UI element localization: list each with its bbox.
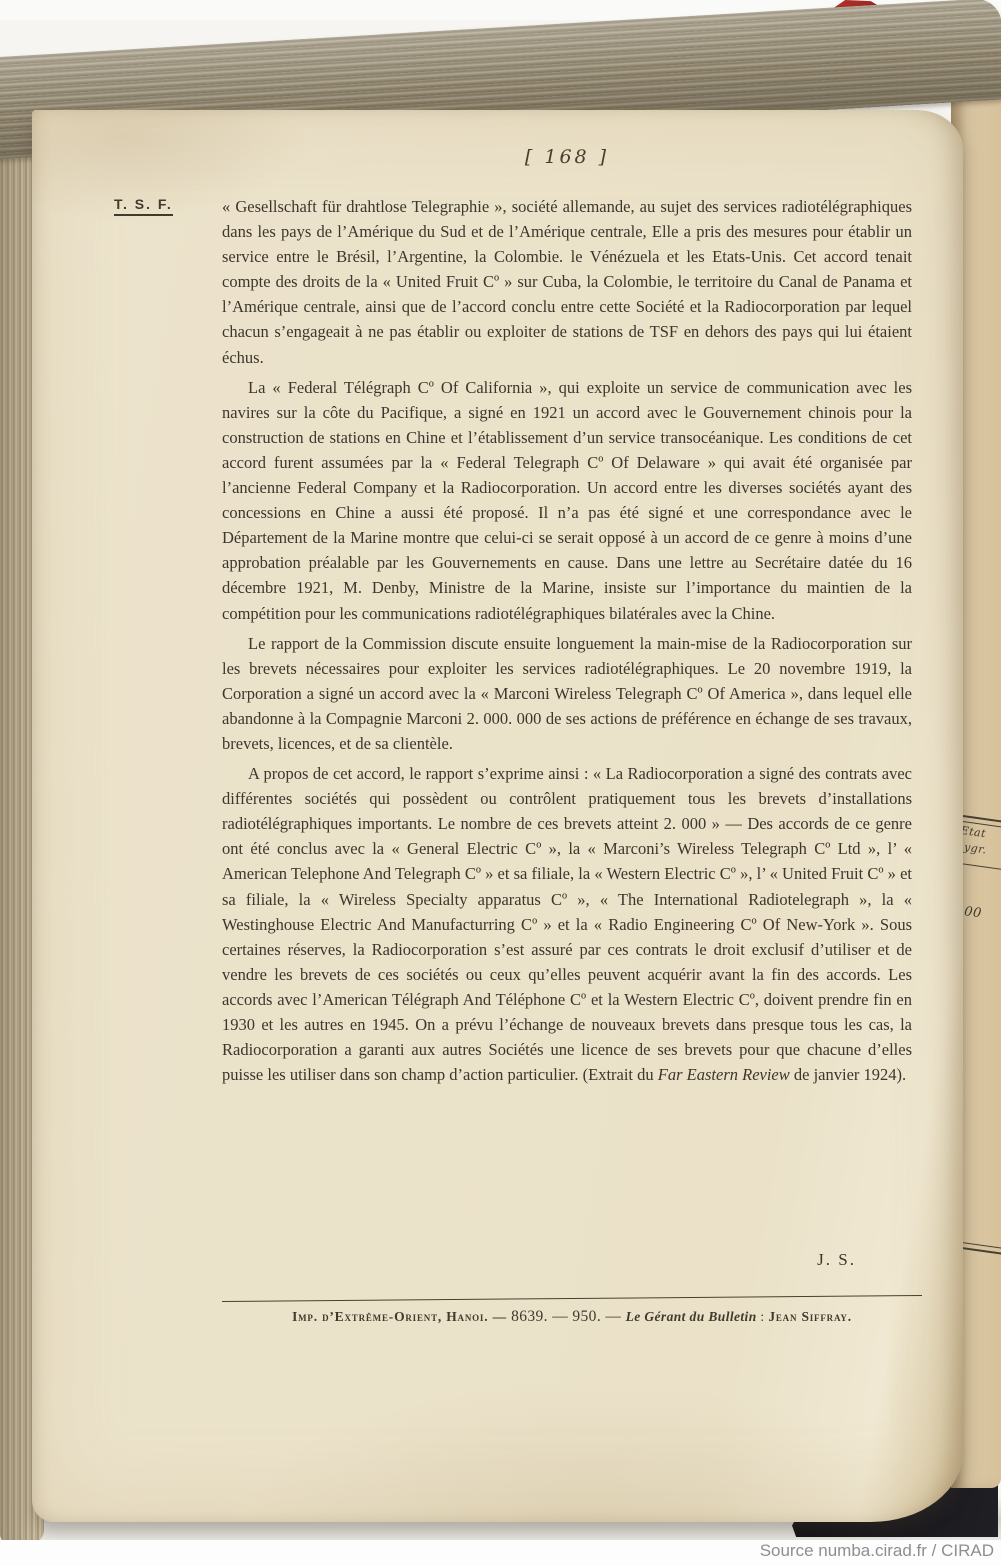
paragraph-4-journal-title: Far Eastern Review bbox=[658, 1065, 790, 1084]
paragraph-4: A propos de cet accord, le rapport s’exp… bbox=[222, 761, 912, 1087]
book-scan: Etat hygr. 100 50 0 CO [ 168 ] T. S. F. … bbox=[0, 0, 1001, 1566]
text-column: « Gesellschaft für drahtlose Telegraphie… bbox=[222, 194, 912, 1092]
paragraph-1: « Gesellschaft für drahtlose Telegraphie… bbox=[222, 194, 912, 370]
author-initials: J. S. bbox=[222, 1250, 912, 1270]
paragraph-3: Le rapport de la Commission discute ensu… bbox=[222, 631, 912, 756]
imprint-numbers: 8639. — 950. — bbox=[511, 1308, 626, 1325]
imprint-line: Imp. d’Extrême-Orient, Hanoi. — 8639. — … bbox=[222, 1308, 922, 1326]
chart-header-label: Etat bbox=[960, 824, 987, 840]
paragraph-4-text-end: de janvier 1924). bbox=[790, 1065, 906, 1084]
imprint-separator: : bbox=[757, 1309, 769, 1324]
paragraph-2: La « Federal Télégraph Cº Of California … bbox=[222, 375, 912, 626]
source-watermark: Source numba.cirad.fr / CIRAD bbox=[760, 1541, 994, 1561]
paragraph-4-text: A propos de cet accord, le rapport s’exp… bbox=[222, 764, 912, 1084]
imprint-gerant-name: Jean Siffray. bbox=[768, 1309, 852, 1324]
page-number: [ 168 ] bbox=[222, 146, 912, 168]
margin-label-tsf: T. S. F. bbox=[114, 196, 173, 216]
imprint-block: Imp. d’Extrême-Orient, Hanoi. — 8639. — … bbox=[222, 1298, 922, 1326]
imprint-printer: Imp. d’Extrême-Orient, Hanoi. — bbox=[292, 1309, 511, 1324]
book-page: [ 168 ] T. S. F. « Gesellschaft für drah… bbox=[32, 110, 963, 1522]
footer-rule bbox=[222, 1295, 922, 1302]
imprint-gerant-title: Le Gérant du Bulletin bbox=[626, 1309, 757, 1324]
